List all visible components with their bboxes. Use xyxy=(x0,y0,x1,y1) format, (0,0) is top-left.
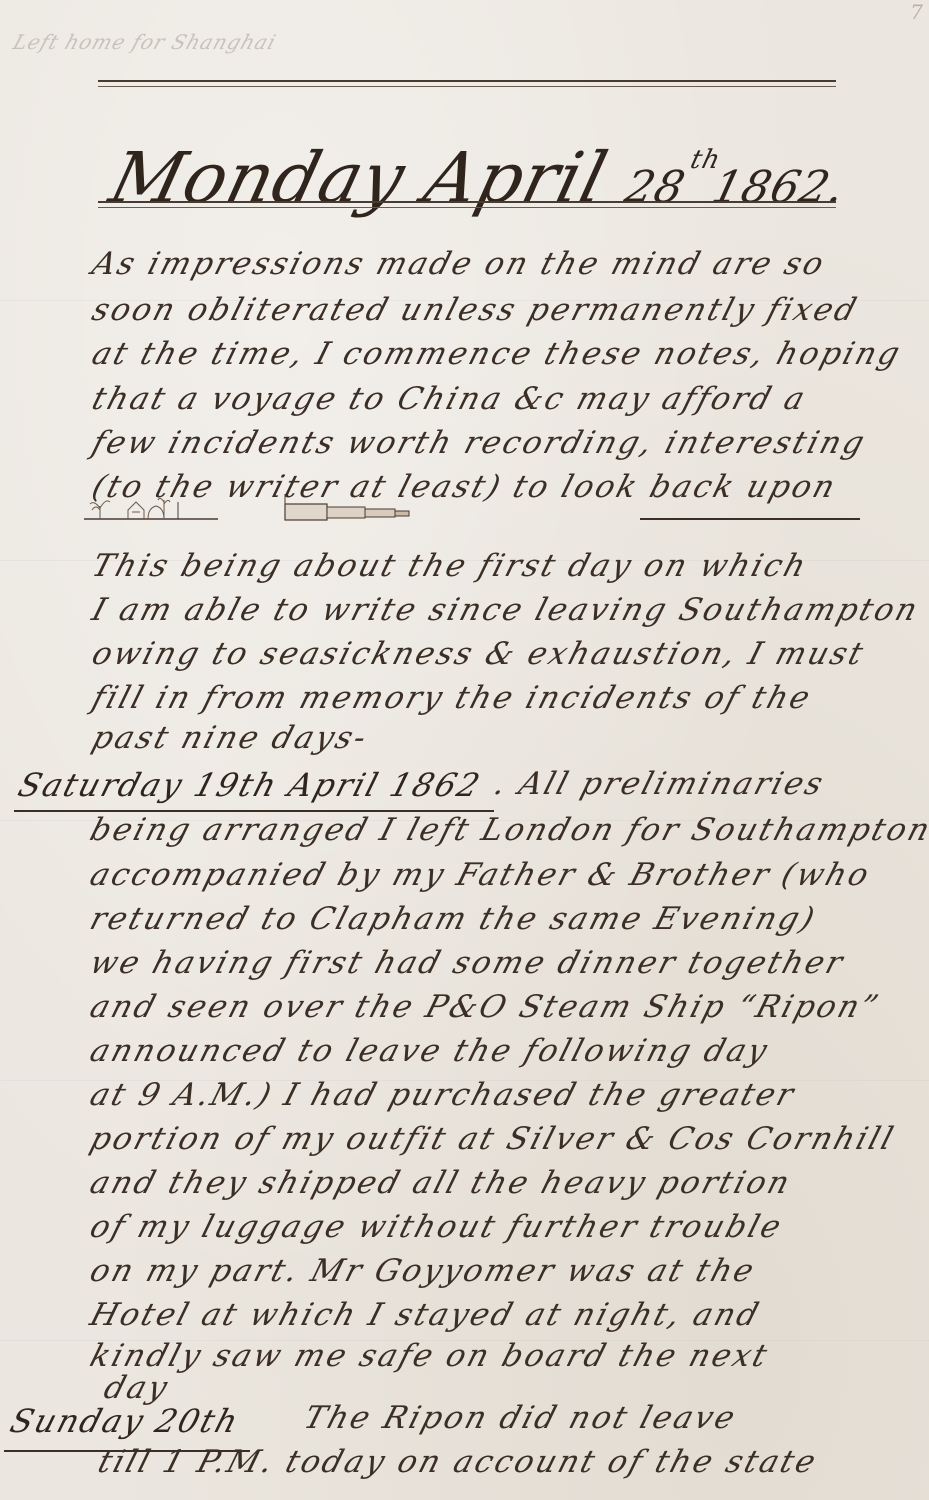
text-line: kindly saw me safe on board the next xyxy=(86,1338,773,1374)
entry-date-saturday: Saturday 19th April 1862 xyxy=(14,766,486,804)
text-line: at the time, I commence these notes, hop… xyxy=(88,336,906,372)
text-line: returned to Clapham the same Evening) xyxy=(86,901,821,937)
text-line: day xyxy=(100,1370,174,1406)
text-line: of my luggage without further trouble xyxy=(86,1209,787,1245)
text-line: Hotel at which I stayed at night, and xyxy=(86,1297,765,1333)
text-line: and seen over the P&O Steam Ship “Ripon” xyxy=(86,989,884,1025)
text-line: The Ripon did not leave xyxy=(300,1400,741,1436)
text-line: that a voyage to China &c may afford a xyxy=(88,381,811,417)
text-line: I am able to write since leaving Southam… xyxy=(88,592,924,628)
text-line: fill in from memory the incidents of the xyxy=(88,680,816,716)
text-line: and they shipped all the heavy portion xyxy=(86,1165,796,1201)
pencil-margin-note: Left home for Shanghai xyxy=(10,30,280,54)
heading-bottom-rule xyxy=(98,201,836,208)
landscape-sketch-icon xyxy=(82,492,222,522)
divider-rule xyxy=(640,518,860,520)
text-line: few incidents worth recording, interesti… xyxy=(88,425,871,461)
text-line: we having first had some dinner together xyxy=(86,945,849,981)
text-line: accompanied by my Father & Brother (who xyxy=(86,857,875,893)
journal-page: Left home for Shanghai 7 Monday April 28… xyxy=(0,0,929,1500)
text-line: owing to seasickness & exhaustion, I mus… xyxy=(88,636,869,672)
text-line: portion of my outfit at Silver & Cos Cor… xyxy=(86,1121,899,1157)
text-line: on my part. Mr Goyyomer was at the xyxy=(86,1253,760,1289)
text-line: announced to leave the following day xyxy=(86,1033,773,1069)
entry-date-sunday: Sunday 20th xyxy=(6,1402,244,1440)
text-line: . All preliminaries xyxy=(490,766,829,802)
text-line: at 9 A.M.) I had purchased the greater xyxy=(86,1077,800,1113)
page-title: Monday April 28th1862. xyxy=(100,120,847,228)
text-line: soon obliterated unless permanently fixe… xyxy=(88,292,863,328)
text-line: As impressions made on the mind are so xyxy=(88,246,830,282)
text-line: This being about the first day on which xyxy=(88,548,812,584)
page-number: 7 xyxy=(910,0,923,24)
heading-top-rule xyxy=(98,80,836,87)
text-line: past nine days- xyxy=(88,720,373,756)
text-line: being arranged I left London for Southam… xyxy=(86,812,929,848)
text-line: till 1 P.M. today on account of the stat… xyxy=(94,1444,822,1480)
telescope-sketch-icon xyxy=(283,492,413,526)
